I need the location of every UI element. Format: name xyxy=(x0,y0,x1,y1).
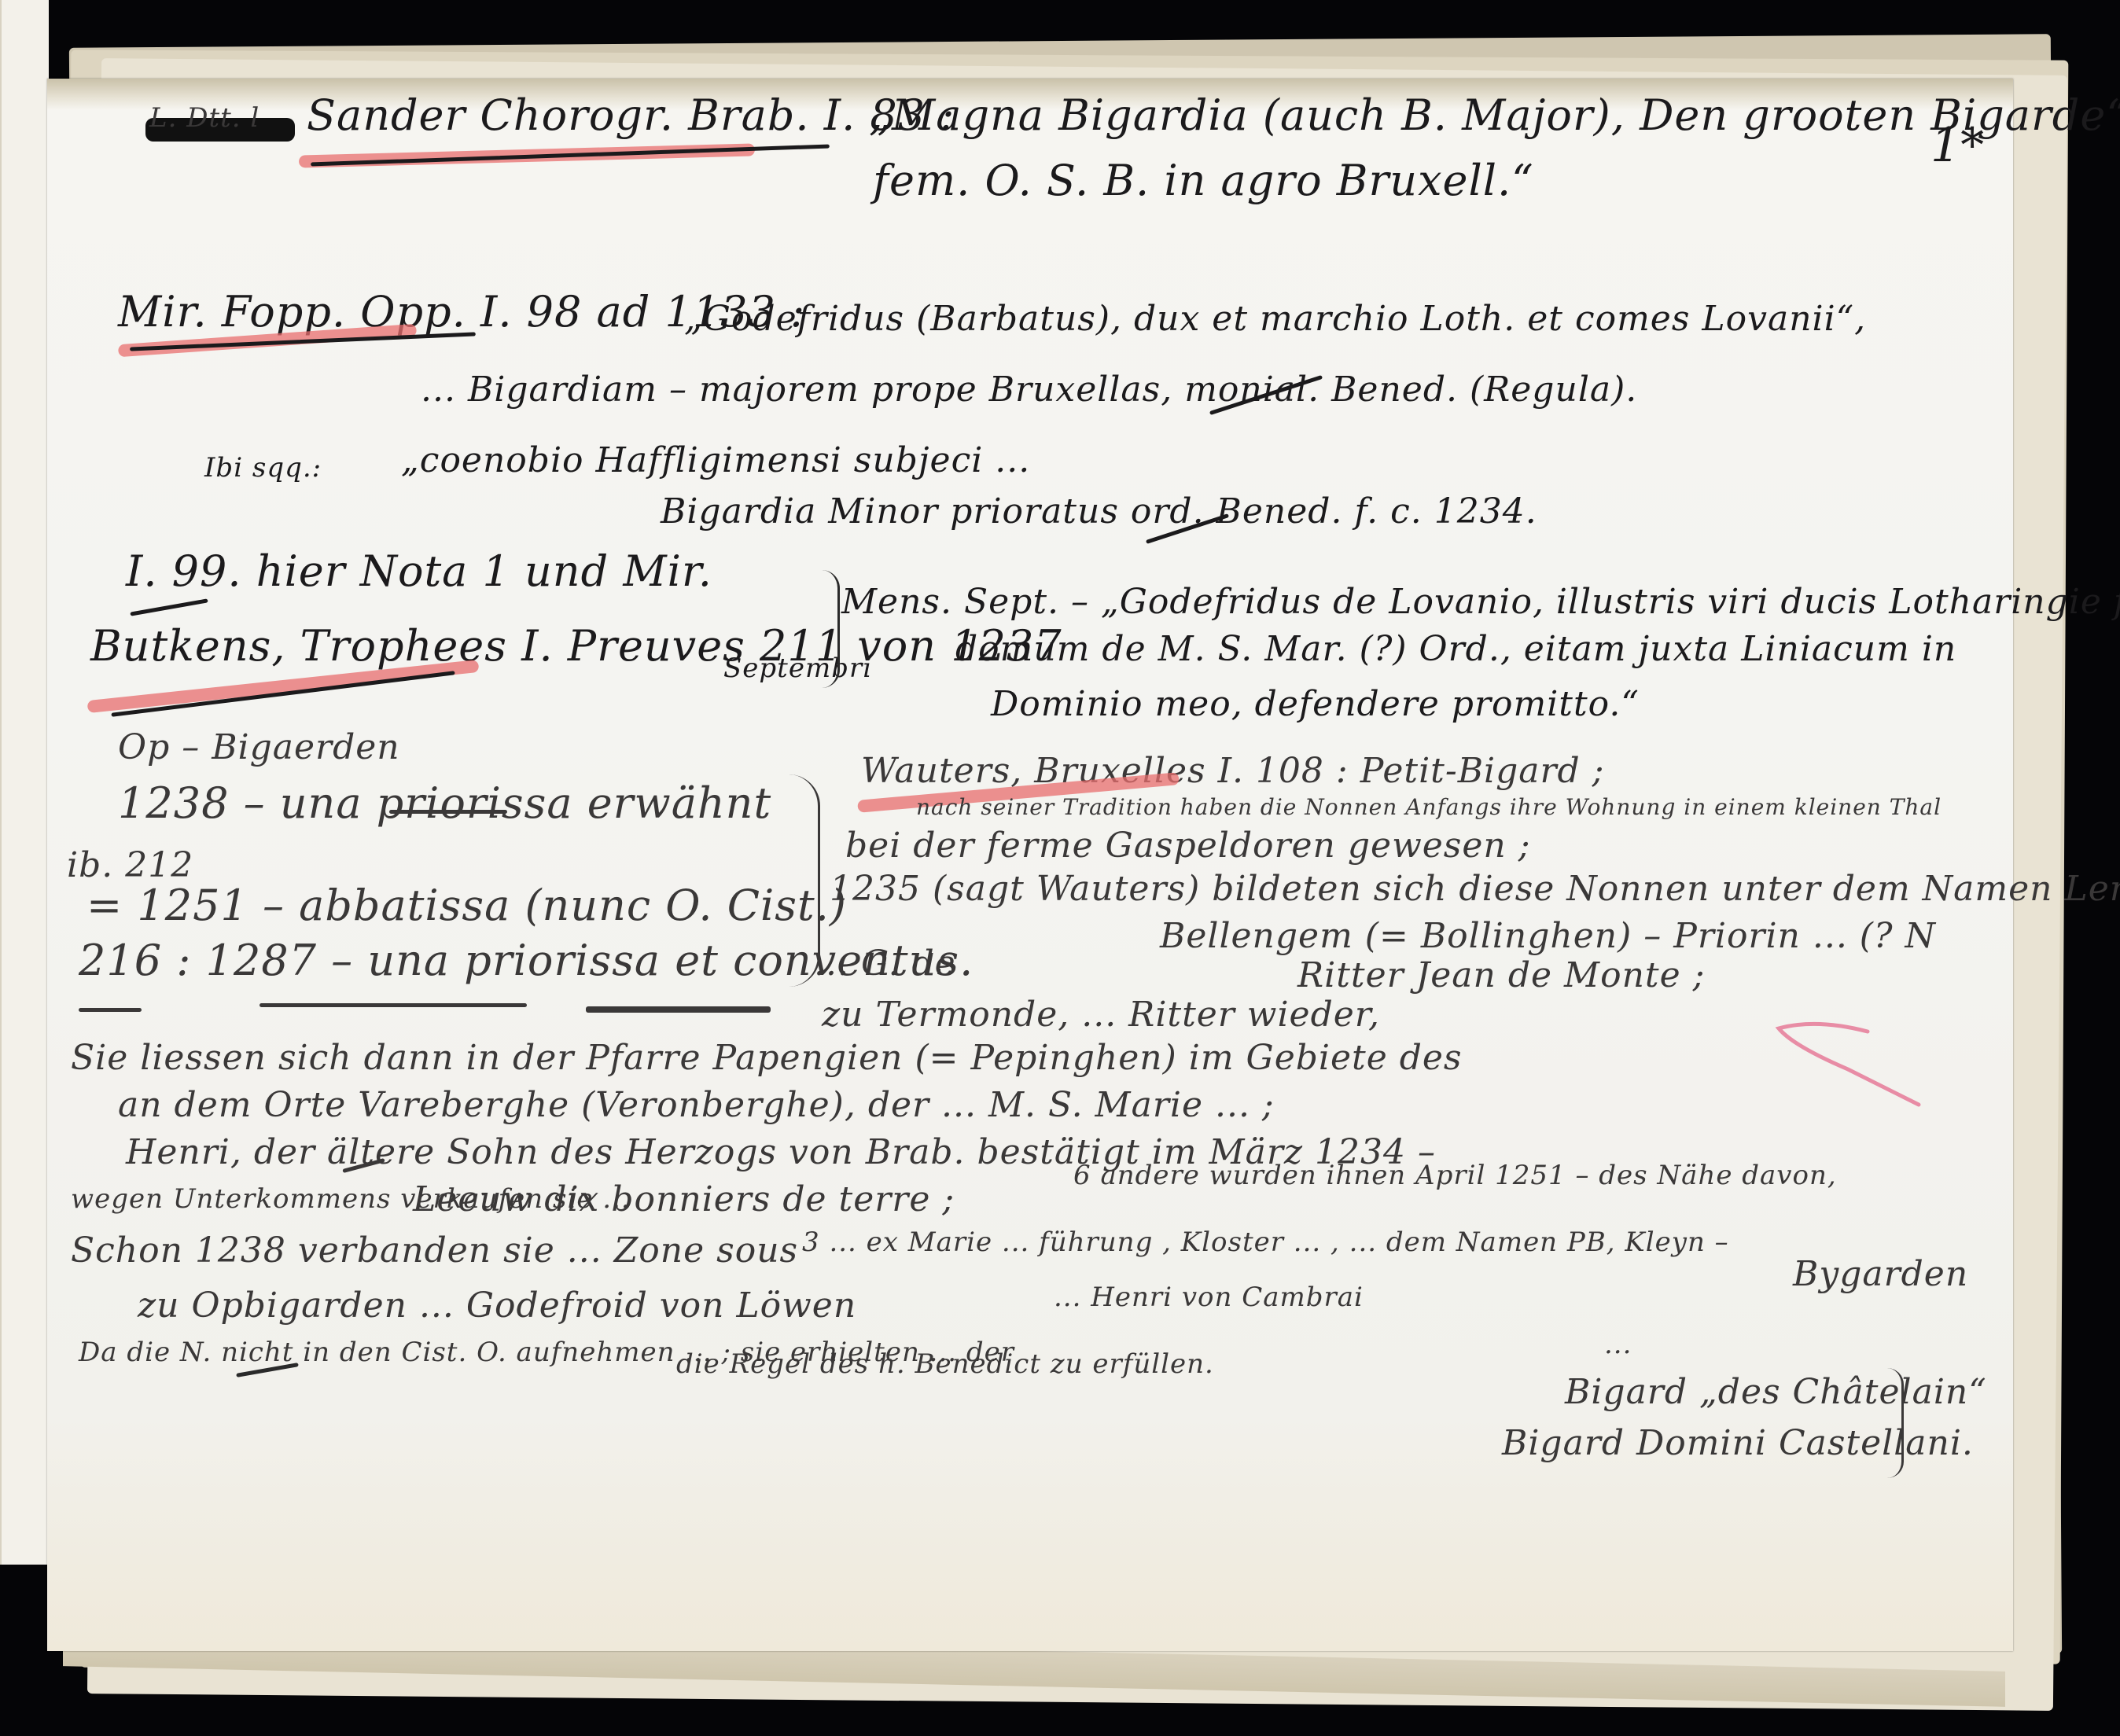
text-ellipsis: ... xyxy=(1604,1329,1632,1360)
quote-haffligimensi: „coenobio Haffligimensi subjeci ... xyxy=(401,440,1030,480)
wauters-termonde: zu Termonde, ... Ritter wieder, xyxy=(822,995,1380,1035)
wauters-g-de: ... G. de xyxy=(814,943,956,984)
entry-1238: 1238 – una priorissa erwähnt xyxy=(118,778,771,828)
page-marker: 1* xyxy=(1930,118,1984,173)
pink-pencil-mark xyxy=(1769,1014,1927,1109)
quote-godefridus-de-lovanio: Mens. Sept. – „Godefridus de Lovanio, il… xyxy=(841,582,2120,622)
brace-right xyxy=(1887,1368,1904,1478)
separator-line xyxy=(586,1006,771,1013)
text-schon-1238: Schon 1238 verbanden sie ... Zone sous xyxy=(71,1230,798,1271)
wauters-bellengem: Bellengem (= Bollinghen) – Priorin ... (… xyxy=(1160,916,1936,956)
wauters-gaspeldoren: bei der ferme Gaspeldoren gewesen ; xyxy=(845,826,1531,866)
ref-ib-212: ib. 212 xyxy=(67,845,193,885)
struck-out-text: L. Dtt. l xyxy=(149,102,259,134)
text-regel-benedict: die Regel des h. Benedict zu erfüllen. xyxy=(676,1348,1214,1380)
paper-stack-right-edge xyxy=(0,0,49,1565)
quote-bigardiam-majorem: ... Bigardiam – majorem prope Bruxellas,… xyxy=(421,370,1637,410)
quote-godefridus: „Godefridus (Barbatus), dux et marchio L… xyxy=(684,299,1866,339)
ibi-sqq-label: Ibi sqq.: xyxy=(204,452,322,484)
quote-fem-osb: fem. O. S. B. in agro Bruxell.“ xyxy=(873,156,1534,205)
quote-dominio-meo: Dominio meo, defendere promitto.“ xyxy=(991,684,1640,724)
bigardia-minor-note: Bigardia Minor prioratus ord. Bened. f. … xyxy=(661,491,1537,531)
separator-line xyxy=(259,1003,527,1007)
citation-wauters: Wauters, Bruxelles I. 108 : Petit-Bigard… xyxy=(861,751,1605,791)
text-marie: 3 ... ex Marie ... führung , Kloster ...… xyxy=(802,1227,1729,1258)
ink-underline xyxy=(389,810,507,814)
text-vareberghe: an dem Orte Vareberghe (Veronberghe), de… xyxy=(118,1085,1275,1125)
separator-line xyxy=(79,1008,142,1012)
date-septembri: Septembri xyxy=(723,653,872,684)
wauters-1235: 1235 (sagt Wauters) bildeten sich diese … xyxy=(830,869,2120,909)
text-papengien: Sie liessen sich dann in der Pfarre Pape… xyxy=(71,1038,1463,1078)
text-leeuw: Leeuw dix bonniers de terre ; xyxy=(413,1179,955,1219)
text-opbigarden: zu Opbigarden ... Godefroid von Löwen xyxy=(138,1285,856,1326)
text-bigard-chatelain: Bigard „des Châtelain“ xyxy=(1565,1372,1987,1412)
citation-sander: Sander Chorogr. Brab. I. 83 : xyxy=(307,90,955,140)
citation-butkens: Butkens, Trophees I. Preuves 211 von 123… xyxy=(90,621,1062,671)
text-6-andere: 6 andere wurden ihnen April 1251 – des N… xyxy=(1073,1160,1837,1191)
text-henri-cambrai: ... Henri von Cambrai xyxy=(1054,1282,1364,1313)
entry-1251: = 1251 – abbatissa (nunc O. Cist.) xyxy=(86,881,847,930)
wauters-jean-de-monte: Ritter Jean de Monte ; xyxy=(1297,955,1705,995)
text-bygarden: Bygarden xyxy=(1793,1254,1968,1294)
brace xyxy=(822,570,840,688)
wauters-tradition: nach seiner Tradition haben die Nonnen A… xyxy=(916,794,1941,820)
op-bigaerden: Op – Bigaerden xyxy=(118,727,400,767)
note-i-99: I. 99. hier Nota 1 und Mir. xyxy=(126,546,712,596)
quote-domum-de: domum de M. S. Mar. (?) Ord., eitam juxt… xyxy=(955,629,1956,669)
